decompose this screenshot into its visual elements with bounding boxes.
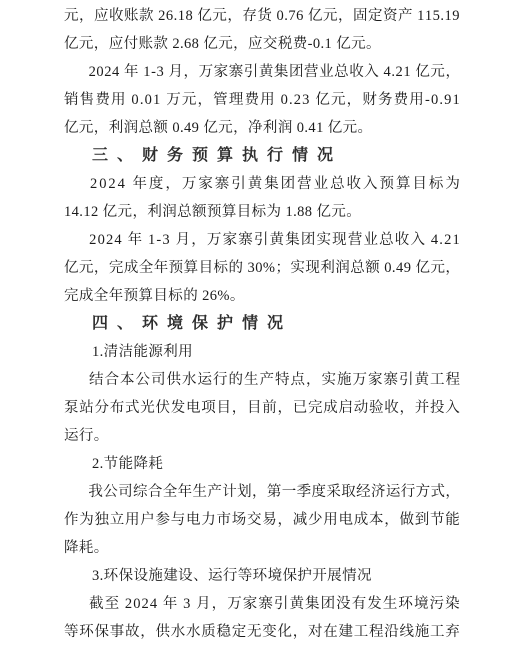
text-line: 完成全年预算目标的 26%。 (64, 282, 460, 310)
text-line: 亿元，应付账款 2.68 亿元，应交税费-0.1 亿元。 (64, 30, 460, 58)
section-heading: 三、财务预算执行情况 (64, 142, 460, 170)
text-line: 2024 年 1-3 月，万家寨引黄集团营业总收入 4.21 亿元， (64, 58, 460, 86)
subsection-heading: 1.清洁能源利用 (64, 338, 460, 366)
text-line: 结合本公司供水运行的生产特点，实施万家寨引黄工程 (64, 366, 460, 394)
document-lines: 元，应收账款 26.18 亿元，存货 0.76 亿元，固定资产 115.19亿元… (64, 2, 460, 646)
text-line: 等环保事故，供水水质稳定无变化，对在建工程沿线施工弃 (64, 618, 460, 646)
text-line: 泵站分布式光伏发电项目，目前，已完成启动验收，并投入 (64, 394, 460, 422)
subsection-heading: 2.节能降耗 (64, 450, 460, 478)
text-line: 作为独立用户参与电力市场交易，减少用电成本，做到节能 (64, 506, 460, 534)
text-line: 亿元，利润总额 0.49 亿元，净利润 0.41 亿元。 (64, 114, 460, 142)
text-line: 14.12 亿元，利润总额预算目标为 1.88 亿元。 (64, 198, 460, 226)
text-line: 截至 2024 年 3 月，万家寨引黄集团没有发生环境污染 (64, 590, 460, 618)
text-line: 运行。 (64, 422, 460, 450)
subsection-heading: 3.环保设施建设、运行等环境保护开展情况 (64, 562, 460, 590)
text-line: 我公司综合全年生产计划，第一季度采取经济运行方式， (64, 478, 460, 506)
text-line: 降耗。 (64, 534, 460, 562)
text-line: 2024 年 1-3 月，万家寨引黄集团实现营业总收入 4.21 (64, 226, 460, 254)
text-line: 销售费用 0.01 万元，管理费用 0.23 亿元，财务费用-0.91 (64, 86, 460, 114)
text-line: 2024 年度，万家寨引黄集团营业总收入预算目标为 (64, 170, 460, 198)
text-line: 亿元，完成全年预算目标的 30%；实现利润总额 0.49 亿元， (64, 254, 460, 282)
text-line: 元，应收账款 26.18 亿元，存货 0.76 亿元，固定资产 115.19 (64, 2, 460, 30)
document-page: 元，应收账款 26.18 亿元，存货 0.76 亿元，固定资产 115.19亿元… (0, 0, 525, 656)
section-heading: 四、环境保护情况 (64, 310, 460, 338)
